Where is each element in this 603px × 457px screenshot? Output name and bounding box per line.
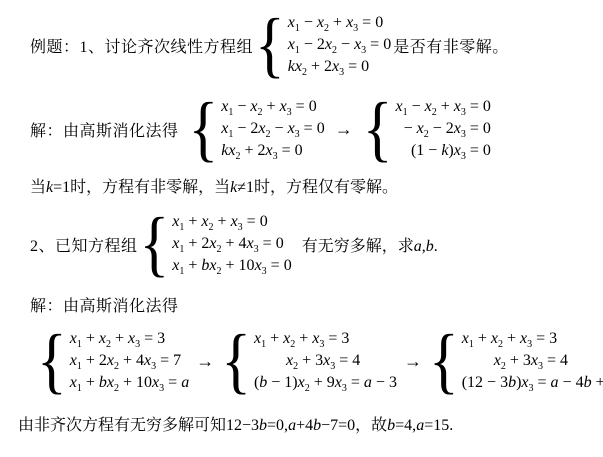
solution2-system1-group: { x1 + x2 + x3 = 3x1 + 2x2 + 4x3 = 7x1 +… (37, 328, 189, 394)
solution1-equations-right: x1 − x2 + x3 = 0− x2 − 2x3 = 0(1 − k)x3 … (395, 96, 490, 162)
problem2-equations: x1 + x2 + x3 = 0x1 + 2x2 + 4x3 = 0x1 + b… (172, 211, 291, 277)
problem1-row: 例题：1、讨论齐次线性方程组 { x1 − x2 + x3 = 0x1 − 2x… (30, 12, 603, 78)
problem2-question: 有无穷多解，求a,b. (302, 233, 438, 256)
implies-arrow-icon: → (196, 351, 214, 372)
equation-line: x1 + 2x2 + 4x3 = 0 (172, 233, 291, 255)
equation-line: x1 + x2 + x3 = 0 (172, 211, 291, 233)
problem1-question: 是否有非零解。 (393, 34, 509, 57)
equation-line: x2 + 3x3 = 4 (462, 350, 603, 372)
solution2-equations-1: x1 + x2 + x3 = 3x1 + 2x2 + 4x3 = 7x1 + b… (70, 328, 189, 394)
problem2-statement: 2、已知方程组 (30, 233, 138, 256)
equation-line: x1 + bx2 + 10x3 = a (70, 372, 189, 394)
solution1-conclusion: 当k=1时，方程有非零解，当k≠1时，方程仅有零解。 (30, 174, 603, 197)
solution2-equations-2: x1 + x2 + x3 = 3 x2 + 3x3 = 4(b − 1)x2 +… (254, 328, 397, 394)
equation-line: (12 − 3b)x3 = a − 4b + 1 (462, 372, 603, 394)
document-page: 例题：1、讨论齐次线性方程组 { x1 − x2 + x3 = 0x1 − 2x… (0, 0, 603, 435)
solution1-equations-left: x1 − x2 + x3 = 0x1 − 2x2 − x3 = 0kx2 + 2… (221, 96, 324, 162)
left-brace-glyph: { (221, 324, 251, 397)
implies-arrow-icon: → (335, 119, 353, 140)
left-brace-glyph: { (140, 207, 170, 280)
equation-line: kx2 + 2x3 = 0 (288, 56, 391, 78)
left-brace-glyph: { (363, 92, 393, 165)
equation-line: x1 − 2x2 − x3 = 0 (288, 34, 391, 56)
equation-line: kx2 + 2x3 = 0 (221, 140, 324, 162)
left-brace-glyph: { (255, 8, 285, 81)
equation-line: (1 − k)x3 = 0 (411, 140, 491, 162)
equation-line: x1 + x2 + x3 = 3 (462, 328, 603, 350)
equation-line: (b − 1)x2 + 9x3 = a − 3 (254, 372, 397, 394)
left-brace-glyph: { (189, 92, 219, 165)
left-brace-glyph: { (37, 324, 67, 397)
solution1-row: 解：由高斯消化法得 { x1 − x2 + x3 = 0x1 − 2x2 − x… (30, 96, 603, 162)
equation-line: x1 − 2x2 − x3 = 0 (221, 118, 324, 140)
equation-line: x1 − x2 + x3 = 0 (395, 96, 490, 118)
problem1-equations: x1 − x2 + x3 = 0x1 − 2x2 − x3 = 0kx2 + 2… (288, 12, 391, 78)
solution1-system-right-group: { x1 − x2 + x3 = 0− x2 − 2x3 = 0(1 − k)x… (363, 96, 491, 162)
solution2-system3-group: { x1 + x2 + x3 = 3 x2 + 3x3 = 4(12 − 3b)… (429, 328, 603, 394)
solution2-conclusion: 由非齐次方程有无穷多解可知12−3b=0,a+4b−7=0，故b=4,a=15. (18, 412, 603, 435)
equation-line: x1 + x2 + x3 = 3 (254, 328, 397, 350)
solution2-prefix: 解：由高斯消化法得 (30, 293, 603, 316)
equation-line: x1 + bx2 + 10x3 = 0 (172, 255, 291, 277)
equation-line: x2 + 3x3 = 4 (254, 350, 397, 372)
implies-arrow-icon: → (404, 351, 422, 372)
solution2-system2-group: { x1 + x2 + x3 = 3 x2 + 3x3 = 4(b − 1)x2… (221, 328, 397, 394)
problem2-system-group: { x1 + x2 + x3 = 0x1 + 2x2 + 4x3 = 0x1 +… (140, 211, 292, 277)
solution1-system-left-group: { x1 − x2 + x3 = 0x1 − 2x2 − x3 = 0kx2 +… (189, 96, 325, 162)
left-brace-glyph: { (429, 324, 459, 397)
equation-line: x1 − x2 + x3 = 0 (288, 12, 391, 34)
equation-line: x1 + x2 + x3 = 3 (70, 328, 189, 350)
problem1-system-group: { x1 − x2 + x3 = 0x1 − 2x2 − x3 = 0kx2 +… (255, 12, 391, 78)
problem1-statement: 例题：1、讨论齐次线性方程组 (30, 34, 253, 57)
problem2-row: 2、已知方程组 { x1 + x2 + x3 = 0x1 + 2x2 + 4x3… (30, 211, 603, 277)
equation-line: − x2 − 2x3 = 0 (404, 118, 491, 140)
solution2-equations-3: x1 + x2 + x3 = 3 x2 + 3x3 = 4(12 − 3b)x3… (462, 328, 603, 394)
solution2-chain-row: { x1 + x2 + x3 = 3x1 + 2x2 + 4x3 = 7x1 +… (35, 328, 603, 394)
equation-line: x1 − x2 + x3 = 0 (221, 96, 324, 118)
solution1-prefix: 解：由高斯消化法得 (30, 118, 179, 141)
equation-line: x1 + 2x2 + 4x3 = 7 (70, 350, 189, 372)
